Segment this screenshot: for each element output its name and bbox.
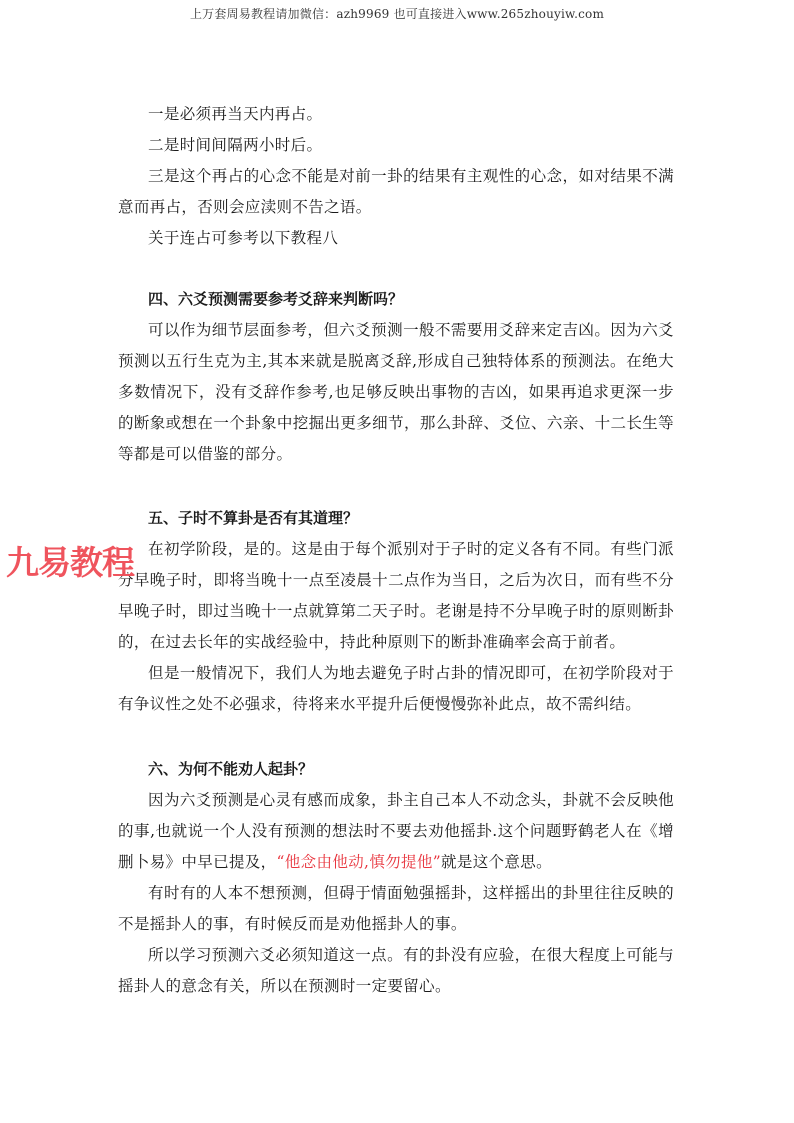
paragraph-line-with-quote: 删卜易》中早已提及，“他念由他动,慎勿提他”就是这个意思。 [118, 852, 674, 872]
section-heading-4: 四、六爻预测需要参考爻辞来判断吗？ [148, 289, 403, 309]
section-heading-6: 六、为何不能劝人起卦？ [148, 759, 313, 779]
paragraph-line: 关于连占可参考以下教程八 [148, 228, 674, 248]
paragraph-line: 预测以五行生克为主,其本来就是脱离爻辞,形成自己独特体系的预测法。在绝大 [118, 351, 674, 371]
paragraph-line: 的，在过去长年的实战经验中，持此种原则下的断卦准确率会高于前者。 [118, 632, 674, 652]
paragraph-line: 可以作为细节层面参考，但六爻预测一般不需要用爻辞来定吉凶。因为六爻 [148, 320, 674, 340]
paragraph-line: 三是这个再占的心念不能是对前一卦的结果有主观性的心念，如对结果不满 [148, 166, 674, 186]
paragraph-line: 二是时间间隔两小时后。 [148, 135, 674, 155]
paragraph-line: 多数情况下，没有爻辞作参考,也足够反映出事物的吉凶，如果再追求更深一步 [118, 382, 674, 402]
section-heading-5: 五、子时不算卦是否有其道理？ [148, 508, 358, 528]
paragraph-text: 删卜易》中早已提及， [118, 853, 277, 871]
paragraph-line: 但是一般情况下，我们人为地去避免子时占卦的情况即可，在初学阶段对于 [148, 663, 674, 683]
paragraph-text: 就是这个意思。 [441, 853, 552, 871]
paragraph-line: 有争议性之处不必强求，待将来水平提升后便慢慢弥补此点，故不需纠结。 [118, 694, 674, 714]
paragraph-line: 的事,也就说一个人没有预测的想法时不要去劝他摇卦.这个问题野鹤老人在《增 [118, 821, 674, 841]
watermark-logo: 九易教程 [6, 543, 134, 583]
paragraph-line: 不是摇卦人的事，有时候反而是劝他摇卦人的事。 [118, 914, 674, 934]
paragraph-line: 在初学阶段，是的。这是由于每个派别对于子时的定义各有不同。有些门派 [148, 539, 674, 559]
quoted-phrase: “他念由他动,慎勿提他” [277, 853, 441, 871]
paragraph-line: 摇卦人的意念有关，所以在预测时一定要留心。 [118, 976, 674, 996]
page-header-banner: 上万套周易教程请加微信：azh9969 也可直接进入www.265zhouyiw… [0, 5, 794, 22]
paragraph-line: 分早晚子时，即将当晚十一点至凌晨十二点作为当日，之后为次日，而有些不分 [118, 570, 674, 590]
paragraph-line: 的断象或想在一个卦象中挖掘出更多细节，那么卦辞、爻位、六亲、十二长生等 [118, 413, 674, 433]
paragraph-line: 所以学习预测六爻必须知道这一点。有的卦没有应验，在很大程度上可能与 [148, 945, 674, 965]
paragraph-line: 等都是可以借鉴的部分。 [118, 444, 674, 464]
paragraph-line: 一是必须再当天内再占。 [148, 104, 674, 124]
paragraph-line: 有时有的人本不想预测，但碍于情面勉强摇卦，这样摇出的卦里往往反映的 [148, 883, 674, 903]
paragraph-line: 早晚子时，即过当晚十一点就算第二天子时。老谢是持不分早晚子时的原则断卦 [118, 601, 674, 621]
paragraph-line: 因为六爻预测是心灵有感而成象，卦主自己本人不动念头，卦就不会反映他 [148, 790, 674, 810]
paragraph-line: 意而再占，否则会应渎则不告之语。 [118, 197, 674, 217]
